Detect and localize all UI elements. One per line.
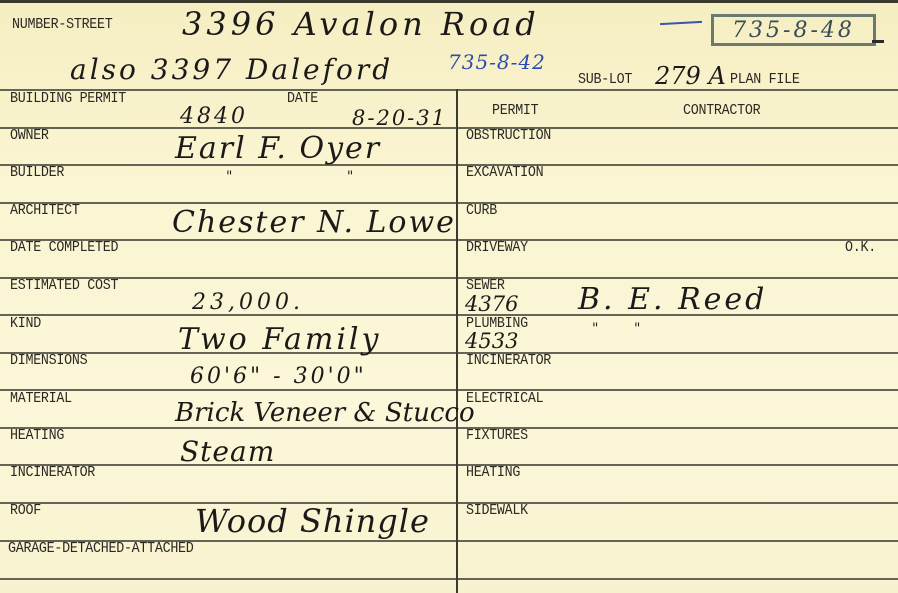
permit-date-value: 8-20-31 — [352, 108, 447, 129]
permit-column-header: PERMIT — [492, 104, 538, 119]
column-divider — [456, 89, 458, 593]
roof-label: ROOF — [10, 504, 41, 519]
rule-line — [0, 89, 898, 91]
permit-driveway: DRIVEWAY — [466, 241, 528, 256]
estimated-cost-value: 23,000. — [192, 292, 304, 314]
architect-label: ARCHITECT — [10, 204, 80, 219]
incinerator-label: INCINERATOR — [10, 466, 95, 481]
building-permit-value: 4840 — [180, 106, 248, 128]
number-street-label: NUMBER-STREET — [12, 18, 112, 33]
architect-value: Chester N. Lowe — [172, 208, 456, 238]
builder-label: BUILDER — [10, 166, 64, 181]
material-label: MATERIAL — [10, 392, 72, 407]
heating-label: HEATING — [10, 429, 64, 444]
rule-line — [0, 502, 898, 504]
permit-incinerator: INCINERATOR — [466, 354, 551, 369]
material-value: Brick Veneer & Stucco — [175, 400, 475, 426]
plan-file-label: PLAN FILE — [730, 73, 800, 88]
rule-line — [0, 389, 898, 391]
rule-line — [0, 202, 898, 204]
date-completed-label: DATE COMPLETED — [10, 241, 118, 256]
rule-line — [0, 277, 898, 279]
rule-line — [0, 127, 898, 129]
permit-obstruction: OBSTRUCTION — [466, 129, 551, 144]
garage-label: GARAGE-DETACHED-ATTACHED — [8, 542, 194, 557]
plumbing-permit-number: 4533 — [465, 331, 518, 352]
building-permit-label: BUILDING PERMIT — [10, 92, 126, 107]
permit-sidewalk: SIDEWALK — [466, 504, 528, 519]
rule-line — [0, 164, 898, 166]
property-record-card: NUMBER-STREET 3396 Avalon Road 735-8-48 … — [0, 0, 898, 593]
sub-lot-value: 279 A — [655, 64, 726, 88]
rule-line — [0, 352, 898, 354]
kind-value: Two Family — [178, 325, 381, 355]
dimensions-value: 60'6" - 30'0" — [190, 366, 367, 388]
date-label: DATE — [287, 92, 318, 107]
sub-lot-label: SUB-LOT — [578, 73, 632, 88]
estimated-cost-label: ESTIMATED COST — [10, 279, 118, 294]
permit-excavation: EXCAVATION — [466, 166, 543, 181]
stamp-mark — [872, 40, 884, 43]
sewer-permit-number: 4376 — [465, 294, 518, 315]
plumbing-contractor: " " — [592, 322, 640, 336]
rule-line — [0, 464, 898, 466]
permit-fixtures: FIXTURES — [466, 429, 528, 444]
contractor-column-header: CONTRACTOR — [683, 104, 760, 119]
rule-line — [0, 578, 898, 580]
blue-dash-mark — [660, 21, 702, 25]
sewer-contractor: B. E. Reed — [578, 285, 767, 315]
roof-value: Wood Shingle — [195, 505, 430, 537]
heating-value: Steam — [180, 438, 275, 466]
also-address: also 3397 Daleford — [70, 56, 393, 84]
dimensions-label: DIMENSIONS — [10, 354, 87, 369]
builder-value: " " — [226, 170, 353, 184]
permit-electrical: ELECTRICAL — [466, 392, 543, 407]
permit-heating: HEATING — [466, 466, 520, 481]
kind-label: KIND — [10, 317, 41, 332]
number-street-value: 3396 Avalon Road — [182, 8, 540, 40]
driveway-status: O.K. — [845, 241, 876, 256]
owner-value: Earl F. Oyer — [175, 134, 381, 164]
alt-parcel-number: 735-8-42 — [448, 52, 546, 72]
parcel-stamp: 735-8-48 — [711, 14, 876, 46]
owner-label: OWNER — [10, 129, 49, 144]
permit-curb: CURB — [466, 204, 497, 219]
